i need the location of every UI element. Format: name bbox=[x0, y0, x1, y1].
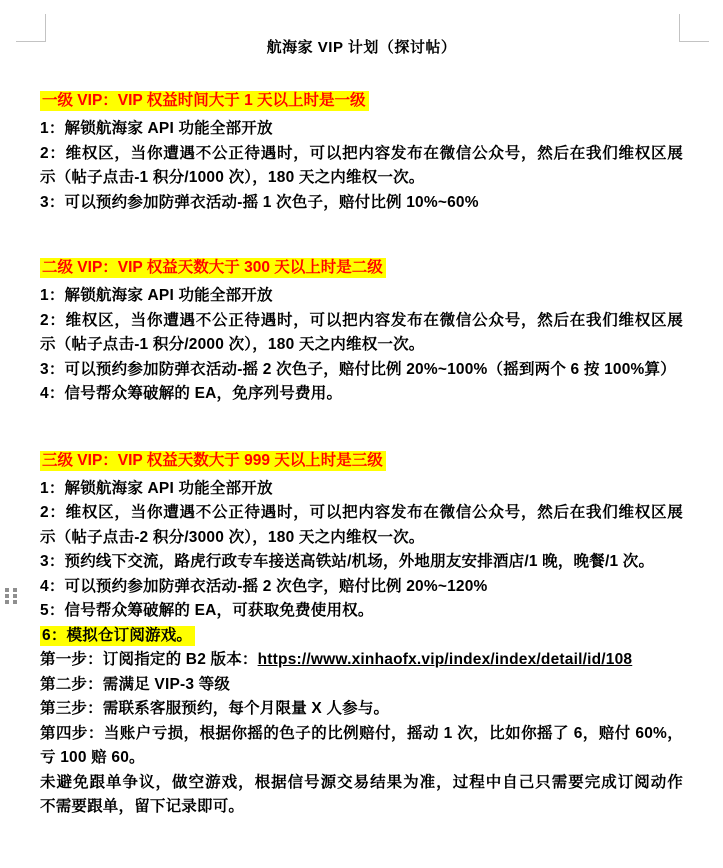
vip1-benefits: 1：解锁航海家 API 功能全部开放 2：维权区，当你遭遇不公正待遇时，可以把内… bbox=[40, 117, 683, 215]
vip2-benefits: 1：解锁航海家 API 功能全部开放 2：维权区，当你遭遇不公正待遇时，可以把内… bbox=[40, 284, 683, 407]
vip3-benefit-line: 4：可以预约参加防弹衣活动-摇 2 次色字，赔付比例 20%~120% bbox=[40, 575, 683, 600]
page-corner-mark-top-right-icon bbox=[679, 14, 709, 42]
game-note-continued: 不需要跟单，留下记录即可。 bbox=[40, 795, 683, 820]
drag-handle-icon[interactable] bbox=[5, 588, 9, 592]
game-note: 未避免跟单争议，做空游戏，根据信号源交易结果为准，过程中自己只需要完成订阅动作 bbox=[40, 771, 683, 796]
vip-level-3-section: 三级 VIP：VIP 权益天数大于 999 天以上时是三级 1：解锁航海家 AP… bbox=[40, 448, 683, 624]
vip2-heading-highlight: 二级 VIP：VIP 权益天数大于 300 天以上时是二级 bbox=[40, 258, 386, 278]
vip1-benefit-line: 2：维权区，当你遭遇不公正待遇时，可以把内容发布在微信公众号，然后在我们维权区展 bbox=[40, 142, 683, 167]
game-step-4-continued: 亏 100 赔 60。 bbox=[40, 746, 683, 771]
game-step-1: 第一步：订阅指定的 B2 版本：https://www.xinhaofx.vip… bbox=[40, 648, 683, 673]
page-title: 航海家 VIP 计划（探讨帖） bbox=[40, 36, 683, 60]
vip1-heading-highlight: 一级 VIP：VIP 权益时间大于 1 天以上时是一级 bbox=[40, 91, 369, 111]
vip-level-2-section: 二级 VIP：VIP 权益天数大于 300 天以上时是二级 1：解锁航海家 AP… bbox=[40, 255, 683, 407]
game-heading-highlight: 6：模拟仓订阅游戏。 bbox=[40, 626, 195, 646]
subscription-link[interactable]: https://www.xinhaofx.vip/index/index/det… bbox=[258, 651, 633, 668]
vip1-benefit-line: 1：解锁航海家 API 功能全部开放 bbox=[40, 117, 683, 142]
game-step-3: 第三步：需联系客服预约，每个月限量 X 人参与。 bbox=[40, 697, 683, 722]
vip1-heading-line: 一级 VIP：VIP 权益时间大于 1 天以上时是一级 bbox=[40, 88, 683, 113]
vip3-benefit-line: 5：信号帮众筹破解的 EA，可获取免费使用权。 bbox=[40, 599, 683, 624]
vip2-benefit-line: 4：信号帮众筹破解的 EA，免序列号费用。 bbox=[40, 382, 683, 407]
vip2-benefit-line: 3：可以预约参加防弹衣活动-摇 2 次色子，赔付比例 20%~100%（摇到两个… bbox=[40, 358, 683, 383]
vip3-benefit-line: 2：维权区，当你遭遇不公正待遇时，可以把内容发布在微信公众号，然后在我们维权区展 bbox=[40, 501, 683, 526]
vip3-heading-line: 三级 VIP：VIP 权益天数大于 999 天以上时是三级 bbox=[40, 448, 683, 473]
vip3-heading-highlight: 三级 VIP：VIP 权益天数大于 999 天以上时是三级 bbox=[40, 451, 386, 471]
vip-level-1-section: 一级 VIP：VIP 权益时间大于 1 天以上时是一级 1：解锁航海家 API … bbox=[40, 88, 683, 215]
game-heading-line: 6：模拟仓订阅游戏。 bbox=[40, 624, 683, 649]
vip1-benefit-line: 3：可以预约参加防弹衣活动-摇 1 次色子，赔付比例 10%~60% bbox=[40, 191, 683, 216]
game-step-2: 第二步：需满足 VIP-3 等级 bbox=[40, 673, 683, 698]
vip2-benefit-line: 示（帖子点击-1 积分/2000 次），180 天之内维权一次。 bbox=[40, 333, 683, 358]
vip3-benefits: 1：解锁航海家 API 功能全部开放 2：维权区，当你遭遇不公正待遇时，可以把内… bbox=[40, 477, 683, 624]
vip1-benefit-line: 示（帖子点击-1 积分/1000 次），180 天之内维权一次。 bbox=[40, 166, 683, 191]
game-step-1-text: 第一步：订阅指定的 B2 版本： bbox=[40, 651, 258, 668]
vip3-benefit-line: 3：预约线下交流，路虎行政专车接送高铁站/机场，外地朋友安排酒店/1 晚，晚餐/… bbox=[40, 550, 683, 575]
document-page: 航海家 VIP 计划（探讨帖） 一级 VIP：VIP 权益时间大于 1 天以上时… bbox=[0, 0, 723, 868]
document-content: 航海家 VIP 计划（探讨帖） 一级 VIP：VIP 权益时间大于 1 天以上时… bbox=[0, 36, 723, 820]
vip3-benefit-line: 示（帖子点击-2 积分/3000 次），180 天之内维权一次。 bbox=[40, 526, 683, 551]
game-step-4: 第四步：当账户亏损，根据你摇的色子的比例赔付，摇动 1 次，比如你摇了 6，赔付… bbox=[40, 722, 683, 747]
vip2-benefit-line: 1：解锁航海家 API 功能全部开放 bbox=[40, 284, 683, 309]
subscription-game-section: 6：模拟仓订阅游戏。 第一步：订阅指定的 B2 版本：https://www.x… bbox=[40, 624, 683, 820]
page-corner-mark-top-left-icon bbox=[16, 14, 46, 42]
vip3-benefit-line: 1：解锁航海家 API 功能全部开放 bbox=[40, 477, 683, 502]
vip2-heading-line: 二级 VIP：VIP 权益天数大于 300 天以上时是二级 bbox=[40, 255, 683, 280]
vip2-benefit-line: 2：维权区，当你遭遇不公正待遇时，可以把内容发布在微信公众号，然后在我们维权区展 bbox=[40, 309, 683, 334]
